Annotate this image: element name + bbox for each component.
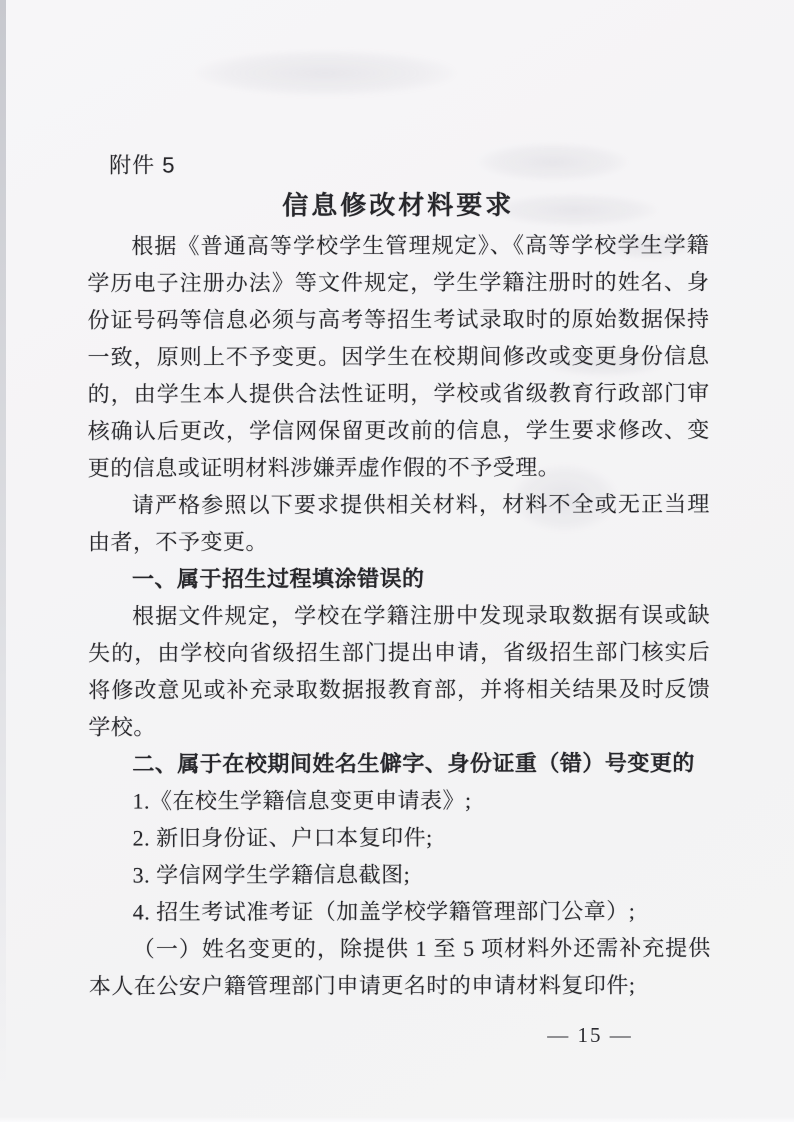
list-item-2: 2. 新旧身份证、户口本复印件; [89,818,711,856]
list-item-3: 3. 学信网学生学籍信息截图; [89,855,711,893]
scanned-document-page: 附件 5 信息修改材料要求 根据《普通高等学校学生管理规定》、《高等学校学生学籍… [0,0,794,1122]
list-item-1: 1.《在校生学籍信息变更申请表》; [88,781,710,819]
paragraph-name-change-note: （一）姓名变更的，除提供 1 至 5 项材料外还需补充提供本人在公安户籍管理部门… [89,929,711,1004]
attachment-label: 附件 5 [109,144,709,185]
paragraph-intro: 根据《普通高等学校学生管理规定》、《高等学校学生学籍学历电子注册办法》等文件规定… [87,226,710,486]
section-heading-1: 一、属于招生过程填涂错误的 [88,559,710,597]
scan-edge-left [0,0,6,1122]
paragraph-section-1: 根据文件规定，学校在学籍注册中发现录取数据有误或缺失的，由学校向省级招生部门提出… [88,596,710,745]
page-title: 信息修改材料要求 [87,184,709,227]
document-content: 附件 5 信息修改材料要求 根据《普通高等学校学生管理规定》、《高等学校学生学籍… [87,144,711,1004]
scan-artifact [195,50,455,96]
paragraph-requirement: 请严格参照以下要求提供相关材料，材料不全或无正当理由者，不予变更。 [88,485,710,560]
scan-edge-bottom [0,1117,794,1122]
list-item-4: 4. 招生考试准考证（加盖学校学籍管理部门公章）; [89,892,711,930]
section-heading-2: 二、属于在校期间姓名生僻字、身份证重（错）号变更的 [88,744,710,782]
page-number: — 15 — [505,1023,675,1048]
